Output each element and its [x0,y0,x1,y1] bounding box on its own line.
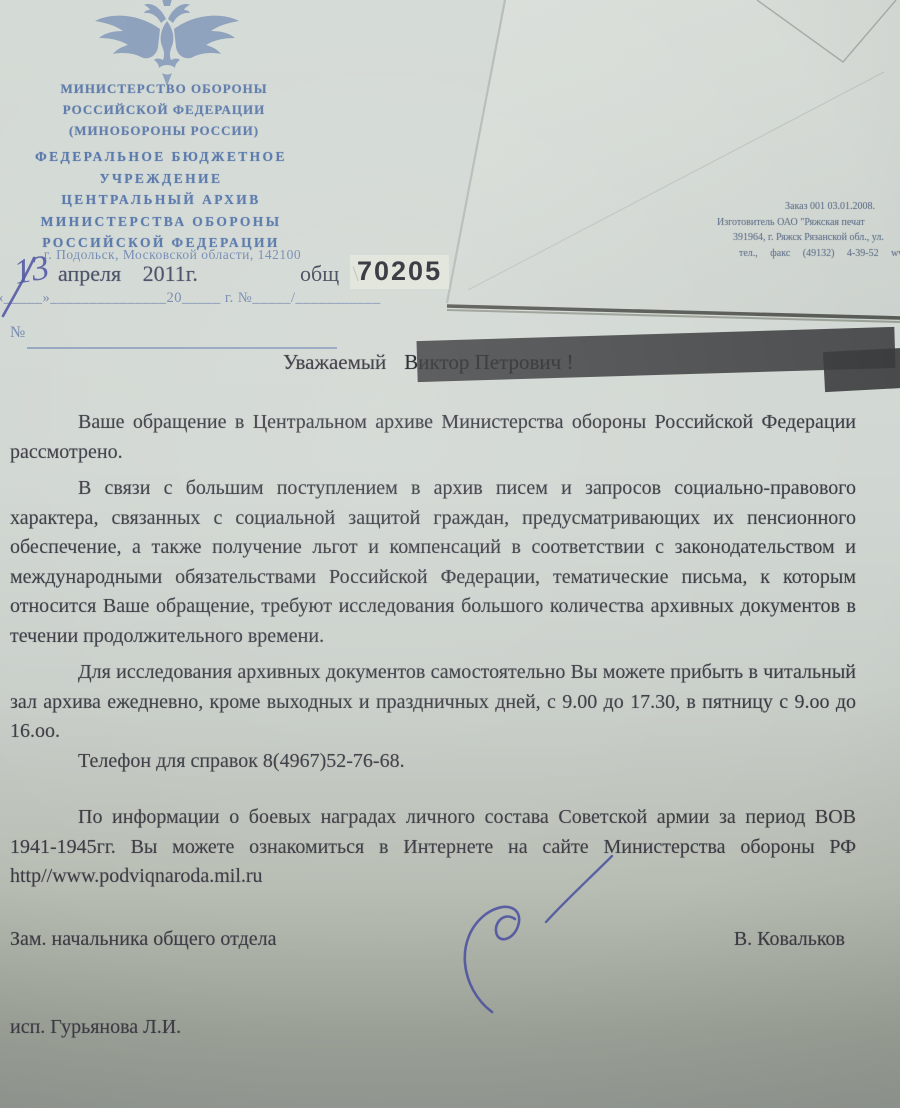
executor-name: исп. Гурьянова Л.И. [10,1016,181,1039]
number-blank-line [27,347,337,349]
ministry-eagle-emblem-icon [92,0,242,88]
paragraph-review: Ваше обращение в Центральном архиве Мини… [10,408,856,467]
number-sign: № [10,324,25,342]
envelope-order-line: Заказ 001 03.01.2008. [785,199,900,215]
institution-line: УЧРЕЖДЕНИЕ [5,168,317,190]
paragraph-awards-website: По информации о боевых наградах личного … [10,803,856,892]
paragraph-explanation: В связи с большим поступлением в архив п… [10,474,856,651]
typed-month-year: апреля 2011г. [58,261,198,287]
redaction-bar [823,348,900,392]
ministry-line: РОССИЙСКОЙ ФЕДЕРАЦИИ [25,99,303,120]
envelope-printer-info: Заказ 001 03.01.2008. Изготовитель ОАО "… [695,199,900,261]
paragraph-reading-room: Для исследования архивных документов сам… [10,658,856,747]
ministry-name-block: МИНИСТЕРСТВО ОБОРОНЫ РОССИЙСКОЙ ФЕДЕРАЦИ… [25,78,303,141]
envelope-maker-line: Изготовитель ОАО "Ряжская печат [717,215,900,231]
letter-photo: Заказ 001 03.01.2008. Изготовитель ОАО "… [0,0,900,1108]
signature-tail-stroke [538,850,620,928]
handwritten-pen-stroke [0,252,52,322]
institution-line: ФЕДЕРАЛЬНОЕ БЮДЖЕТНОЕ [5,146,317,168]
letter-body: Ваше обращение в Центральном архиве Мини… [10,408,856,899]
institution-line: ЦЕНТРАЛЬНЫЙ АРХИВ [5,189,317,211]
envelope-address-line: 391964, г. Ряжск Рязанской обл., ул. [733,230,900,246]
incoming-number-stamp: 70205 [350,255,449,289]
blank-date-form-line: «_____»_______________20_____ г. №_____/… [0,290,381,307]
ministry-line: (МИНОБОРОНЫ РОССИИ) [25,120,303,141]
institution-line: МИНИСТЕРСТВА ОБОРОНЫ [5,211,317,233]
signer-position: Зам. начальника общего отдела [10,928,277,951]
ministry-line: МИНИСТЕРСТВО ОБОРОНЫ [25,78,303,99]
salutation-prefix: Уважаемый [283,350,386,374]
paragraph-phone: Телефон для справок 8(4967)52-76-68. [10,747,856,777]
signer-name: В. Ковальков [734,928,845,951]
institution-name-block: ФЕДЕРАЛЬНОЕ БЮДЖЕТНОЕ УЧРЕЖДЕНИЕ ЦЕНТРАЛ… [5,146,317,254]
envelope-phone-line: тел., факс (49132) 4-39-52 www [739,246,900,262]
